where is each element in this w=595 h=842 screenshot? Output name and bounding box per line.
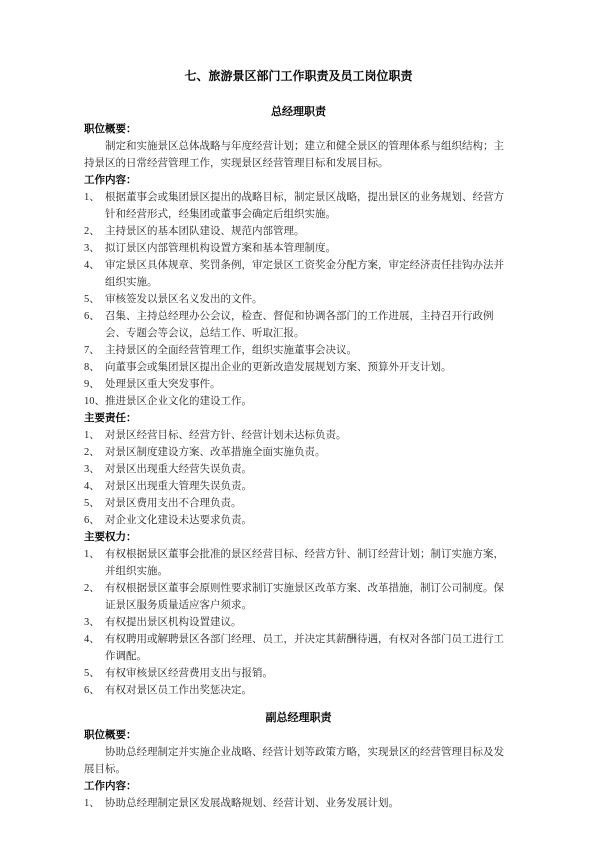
list-item: 4、审定景区具体规章、奖罚条例，审定景区工资奖金分配方案，审定经济责任挂钩办法并… (84, 257, 513, 291)
item-number: 5、 (84, 291, 105, 308)
item-number: 5、 (84, 665, 105, 682)
list-item: 1、有权根据景区董事会批准的景区经营目标、经营方针、制订经营计划；制订实施方案，… (84, 546, 513, 580)
list-item: 6、召集、主持总经理办公会议，检查、督促和协调各部门的工作进展，主持召开行政例会… (84, 308, 513, 342)
item-text: 主持景区的基本团队建设、规范内部管理。 (105, 226, 305, 237)
item-number: 1、 (84, 795, 105, 812)
item-number: 4、 (84, 257, 105, 274)
item-number: 2、 (84, 223, 105, 240)
list-item: 4、对景区出现重大管理失误负责。 (84, 478, 513, 495)
item-number: 3、 (84, 461, 105, 478)
label-gm-work-content: 工作内容： (84, 172, 513, 189)
item-number: 2、 (84, 444, 105, 461)
section-heading-general-manager: 总经理职责 (84, 104, 513, 121)
item-text: 对景区制度建设方案、改革措施全面实施负责。 (105, 447, 326, 458)
list-item: 9、处理景区重大突发事件。 (84, 376, 513, 393)
item-number: 2、 (84, 580, 105, 597)
section-heading-deputy-general-manager: 副总经理职责 (84, 710, 513, 727)
list-item: 2、主持景区的基本团队建设、规范内部管理。 (84, 223, 513, 240)
item-number: 8、 (84, 359, 105, 376)
item-number: 7、 (84, 342, 105, 359)
item-text: 有权审核景区经营费用支出与报销。 (105, 668, 273, 679)
item-text: 有权聘用或解聘景区各部门经理、员工，并决定其薪酬待遇，有权对各部门员工进行工作调… (105, 634, 504, 662)
item-text: 推进景区企业文化的建设工作。 (105, 396, 252, 407)
gm-duty-list: 1、对景区经营目标、经营方针、经营计划未达标负责。 2、对景区制度建设方案、改革… (84, 427, 513, 529)
item-text: 对景区出现重大经营失误负责。 (105, 464, 252, 475)
item-number: 6、 (84, 682, 105, 699)
list-item: 8、向董事会或集团景区提出企业的更新改造发展规划方案、预算外开支计划。 (84, 359, 513, 376)
item-text: 召集、主持总经理办公会议，检查、督促和协调各部门的工作进展，主持召开行政例会、专… (105, 311, 494, 339)
item-text: 处理景区重大突发事件。 (105, 379, 221, 390)
list-item: 3、拟订景区内部管理机构设置方案和基本管理制度。 (84, 240, 513, 257)
item-text: 审核签发以景区名义发出的文件。 (105, 294, 263, 305)
list-item: 10、推进景区企业文化的建设工作。 (84, 393, 513, 410)
item-number: 1、 (84, 189, 105, 206)
item-text: 对企业文化建设未达要求负责。 (105, 515, 252, 526)
item-number: 4、 (84, 478, 105, 495)
item-number: 5、 (84, 495, 105, 512)
item-text: 协助总经理制定景区发展战略规划、经营计划、业务发展计划。 (105, 798, 399, 809)
list-item: 1、协助总经理制定景区发展战略规划、经营计划、业务发展计划。 (84, 795, 513, 812)
label-gm-duties: 主要责任： (84, 410, 513, 427)
list-item: 2、对景区制度建设方案、改革措施全面实施负责。 (84, 444, 513, 461)
list-item: 7、主持景区的全面经营管理工作，组织实施董事会决议。 (84, 342, 513, 359)
item-number: 10、 (84, 393, 105, 410)
item-text: 拟订景区内部管理机构设置方案和基本管理制度。 (105, 243, 336, 254)
item-text: 有权对景区员工作出奖惩决定。 (105, 685, 252, 696)
item-text: 对景区经营目标、经营方针、经营计划未达标负责。 (105, 430, 347, 441)
label-dgm-work-content: 工作内容： (84, 778, 513, 795)
item-number: 6、 (84, 308, 105, 325)
gm-power-list: 1、有权根据景区董事会批准的景区经营目标、经营方针、制订经营计划；制订实施方案，… (84, 546, 513, 699)
item-number: 4、 (84, 631, 105, 648)
gm-overview-paragraph: 制定和实施景区总体战略与年度经营计划；建立和健全景区的管理体系与组织结构；主持景… (84, 138, 513, 172)
item-text: 有权根据景区董事会原则性要求制订实施景区改革方案、改革措施，制订公司制度。保证景… (105, 583, 504, 611)
list-item: 1、对景区经营目标、经营方针、经营计划未达标负责。 (84, 427, 513, 444)
item-number: 6、 (84, 512, 105, 529)
list-item: 5、对景区费用支出不合理负责。 (84, 495, 513, 512)
list-item: 3、对景区出现重大经营失误负责。 (84, 461, 513, 478)
item-text: 有权提出景区机构设置建议。 (105, 617, 242, 628)
item-number: 1、 (84, 427, 105, 444)
item-text: 对景区出现重大管理失误负责。 (105, 481, 252, 492)
label-dgm-overview: 职位概要： (84, 727, 513, 744)
item-text: 审定景区具体规章、奖罚条例，审定景区工资奖金分配方案，审定经济责任挂钩办法并组织… (105, 260, 504, 288)
label-gm-powers: 主要权力： (84, 529, 513, 546)
list-item: 4、有权聘用或解聘景区各部门经理、员工，并决定其薪酬待遇，有权对各部门员工进行工… (84, 631, 513, 665)
dgm-overview-paragraph: 协助总经理制定并实施企业战略、经营计划等政策方略，实现景区的经营管理目标及发展目… (84, 744, 513, 778)
item-text: 有权根据景区董事会批准的景区经营目标、经营方针、制订经营计划；制订实施方案，并组… (105, 549, 504, 577)
item-text: 主持景区的全面经营管理工作，组织实施董事会决议。 (105, 345, 357, 356)
list-item: 6、对企业文化建设未达要求负责。 (84, 512, 513, 529)
item-number: 3、 (84, 240, 105, 257)
item-text: 对景区费用支出不合理负责。 (105, 498, 242, 509)
document-page: 七、旅游景区部门工作职责及员工岗位职责 总经理职责 职位概要： 制定和实施景区总… (0, 0, 595, 842)
list-item: 6、有权对景区员工作出奖惩决定。 (84, 682, 513, 699)
document-title: 七、旅游景区部门工作职责及员工岗位职责 (84, 68, 513, 85)
item-number: 1、 (84, 546, 105, 563)
item-text: 根据董事会或集团景区提出的战略目标，制定景区战略，提出景区的业务规划、经营方针和… (105, 192, 504, 220)
item-text: 向董事会或集团景区提出企业的更新改造发展规划方案、预算外开支计划。 (105, 362, 452, 373)
label-gm-overview: 职位概要： (84, 121, 513, 138)
item-number: 3、 (84, 614, 105, 631)
list-item: 3、有权提出景区机构设置建议。 (84, 614, 513, 631)
gm-work-list: 1、根据董事会或集团景区提出的战略目标，制定景区战略，提出景区的业务规划、经营方… (84, 189, 513, 410)
list-item: 2、有权根据景区董事会原则性要求制订实施景区改革方案、改革措施，制订公司制度。保… (84, 580, 513, 614)
list-item: 1、根据董事会或集团景区提出的战略目标，制定景区战略，提出景区的业务规划、经营方… (84, 189, 513, 223)
item-number: 9、 (84, 376, 105, 393)
dgm-work-list: 1、协助总经理制定景区发展战略规划、经营计划、业务发展计划。 (84, 795, 513, 812)
list-item: 5、审核签发以景区名义发出的文件。 (84, 291, 513, 308)
list-item: 5、有权审核景区经营费用支出与报销。 (84, 665, 513, 682)
